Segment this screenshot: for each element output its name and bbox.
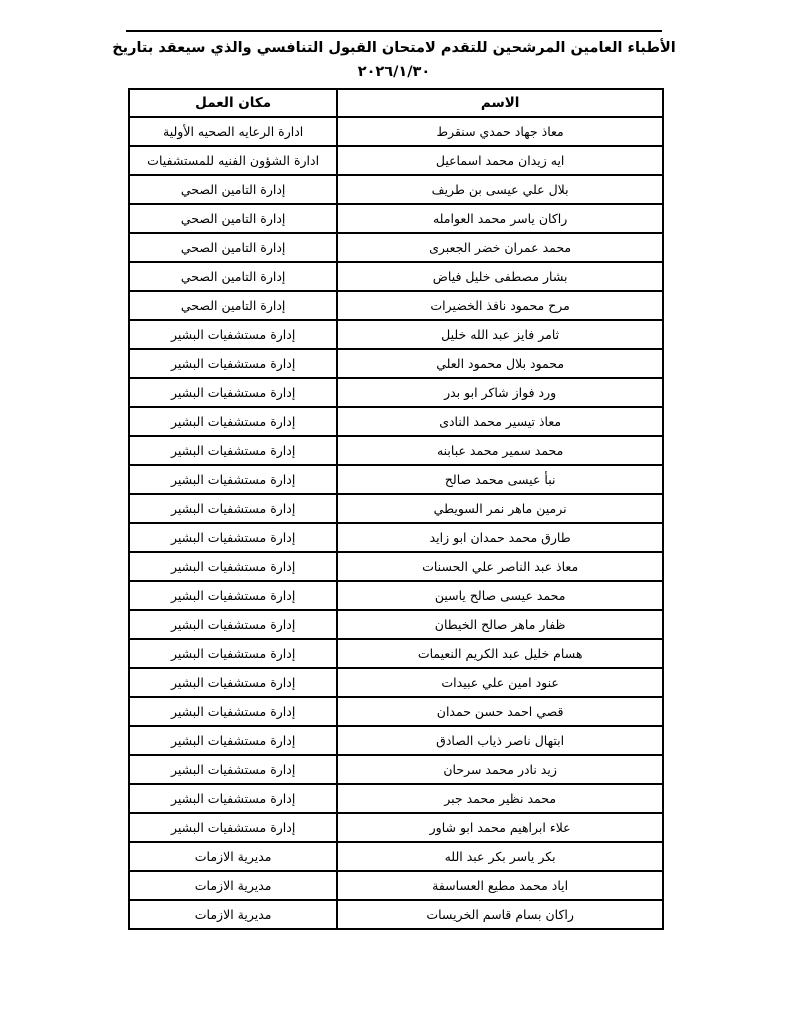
header-divider-rule: [126, 30, 662, 32]
title-date: ٢٠٢٦/١/٣٠: [358, 60, 431, 84]
table-row: معاذ جهاد حمدي سنقرط ادارة الرعايه الصحي…: [129, 117, 663, 146]
workplace-cell: إدارة مستشفيات البشير: [129, 581, 337, 610]
name-cell: ابتهال ناصر ذياب الصادق: [337, 726, 663, 755]
workplace-column-header: مكان العمل: [129, 89, 337, 117]
workplace-cell: إدارة مستشفيات البشير: [129, 639, 337, 668]
workplace-cell: إدارة التامين الصحي: [129, 175, 337, 204]
name-cell: محمد نظير محمد جبر: [337, 784, 663, 813]
name-cell: نرمين ماهر نمر السويطي: [337, 494, 663, 523]
workplace-cell: إدارة مستشفيات البشير: [129, 755, 337, 784]
workplace-cell: إدارة مستشفيات البشير: [129, 697, 337, 726]
table-row: بشار مصطفى خليل فياض إدارة التامين الصحي: [129, 262, 663, 291]
table-row: معاذ تيسير محمد النادى إدارة مستشفيات ال…: [129, 407, 663, 436]
name-cell: ايه زيدان محمد اسماعيل: [337, 146, 663, 175]
workplace-cell: إدارة مستشفيات البشير: [129, 436, 337, 465]
workplace-cell: إدارة مستشفيات البشير: [129, 726, 337, 755]
name-cell: اياد محمد مطيع العساسفة: [337, 871, 663, 900]
name-cell: محمود بلال محمود العلي: [337, 349, 663, 378]
table-row: اياد محمد مطيع العساسفة مديرية الازمات: [129, 871, 663, 900]
name-cell: محمد عيسى صالح ياسين: [337, 581, 663, 610]
table-body: معاذ جهاد حمدي سنقرط ادارة الرعايه الصحي…: [129, 117, 663, 929]
table-row: بلال علي عيسى بن طريف إدارة التامين الصح…: [129, 175, 663, 204]
name-cell: راكان بسام قاسم الخريسات: [337, 900, 663, 929]
name-cell: معاذ عبد الناصر علي الحسنات: [337, 552, 663, 581]
table-row: راكان ياسر محمد العوامله إدارة التامين ا…: [129, 204, 663, 233]
workplace-cell: إدارة التامين الصحي: [129, 233, 337, 262]
workplace-cell: إدارة مستشفيات البشير: [129, 610, 337, 639]
workplace-cell: إدارة مستشفيات البشير: [129, 552, 337, 581]
name-cell: محمد سمير محمد عبابنه: [337, 436, 663, 465]
name-column-header: الاسم: [337, 89, 663, 117]
name-cell: هسام خليل عبد الكريم النعيمات: [337, 639, 663, 668]
workplace-cell: إدارة مستشفيات البشير: [129, 320, 337, 349]
table-header: الاسم مكان العمل: [129, 89, 663, 117]
name-cell: علاء ابراهيم محمد ابو شاور: [337, 813, 663, 842]
workplace-cell: مديرية الازمات: [129, 871, 337, 900]
table-row: ظفار ماهر صالح الخيطان إدارة مستشفيات ال…: [129, 610, 663, 639]
name-cell: مرح محمود نافذ الخضيرات: [337, 291, 663, 320]
table-row: محمد نظير محمد جبر إدارة مستشفيات البشير: [129, 784, 663, 813]
table-row: معاذ عبد الناصر علي الحسنات إدارة مستشفي…: [129, 552, 663, 581]
name-cell: راكان ياسر محمد العوامله: [337, 204, 663, 233]
name-cell: ثامر فايز عبد الله خليل: [337, 320, 663, 349]
name-cell: ظفار ماهر صالح الخيطان: [337, 610, 663, 639]
name-cell: محمد عمران خضر الجعبرى: [337, 233, 663, 262]
workplace-cell: مديرية الازمات: [129, 900, 337, 929]
workplace-cell: ادارة الرعايه الصحيه الأولية: [129, 117, 337, 146]
name-cell: بشار مصطفى خليل فياض: [337, 262, 663, 291]
table-row: راكان بسام قاسم الخريسات مديرية الازمات: [129, 900, 663, 929]
table-row: بكر ياسر بكر عبد الله مديرية الازمات: [129, 842, 663, 871]
table-row: مرح محمود نافذ الخضيرات إدارة التامين ال…: [129, 291, 663, 320]
candidates-table: الاسم مكان العمل معاذ جهاد حمدي سنقرط اد…: [128, 88, 664, 930]
name-cell: معاذ جهاد حمدي سنقرط: [337, 117, 663, 146]
table-row: نبأ عيسى محمد صالح إدارة مستشفيات البشير: [129, 465, 663, 494]
name-cell: عنود امين علي عبيدات: [337, 668, 663, 697]
page-title: الأطباء العامين المرشحين للتقدم لامتحان …: [110, 36, 678, 84]
workplace-cell: إدارة التامين الصحي: [129, 262, 337, 291]
table-row: نرمين ماهر نمر السويطي إدارة مستشفيات ال…: [129, 494, 663, 523]
name-cell: ورد فواز شاكر ابو بدر: [337, 378, 663, 407]
table-row: ورد فواز شاكر ابو بدر إدارة مستشفيات الب…: [129, 378, 663, 407]
title-text: الأطباء العامين المرشحين للتقدم لامتحان …: [110, 36, 678, 60]
table-row: محمد عمران خضر الجعبرى إدارة التامين الص…: [129, 233, 663, 262]
table-row: محمود بلال محمود العلي إدارة مستشفيات ال…: [129, 349, 663, 378]
name-cell: زيد نادر محمد سرحان: [337, 755, 663, 784]
table-row: طارق محمد حمدان ابو زايد إدارة مستشفيات …: [129, 523, 663, 552]
table-row: زيد نادر محمد سرحان إدارة مستشفيات البشي…: [129, 755, 663, 784]
table-row: عنود امين علي عبيدات إدارة مستشفيات البش…: [129, 668, 663, 697]
table-row: ابتهال ناصر ذياب الصادق إدارة مستشفيات ا…: [129, 726, 663, 755]
workplace-cell: إدارة التامين الصحي: [129, 291, 337, 320]
document-page: الأطباء العامين المرشحين للتقدم لامتحان …: [0, 0, 791, 1024]
workplace-cell: إدارة مستشفيات البشير: [129, 494, 337, 523]
workplace-cell: ادارة الشؤون الفنيه للمستشفيات: [129, 146, 337, 175]
table-row: هسام خليل عبد الكريم النعيمات إدارة مستش…: [129, 639, 663, 668]
workplace-cell: إدارة مستشفيات البشير: [129, 784, 337, 813]
table-row: علاء ابراهيم محمد ابو شاور إدارة مستشفيا…: [129, 813, 663, 842]
workplace-cell: إدارة مستشفيات البشير: [129, 378, 337, 407]
table-row: محمد سمير محمد عبابنه إدارة مستشفيات الب…: [129, 436, 663, 465]
name-cell: بكر ياسر بكر عبد الله: [337, 842, 663, 871]
name-cell: قصي احمد حسن حمدان: [337, 697, 663, 726]
workplace-cell: إدارة مستشفيات البشير: [129, 349, 337, 378]
name-cell: بلال علي عيسى بن طريف: [337, 175, 663, 204]
table-row: ثامر فايز عبد الله خليل إدارة مستشفيات ا…: [129, 320, 663, 349]
header-row: الاسم مكان العمل: [129, 89, 663, 117]
workplace-cell: إدارة مستشفيات البشير: [129, 813, 337, 842]
name-cell: طارق محمد حمدان ابو زايد: [337, 523, 663, 552]
table-row: ايه زيدان محمد اسماعيل ادارة الشؤون الفن…: [129, 146, 663, 175]
workplace-cell: إدارة مستشفيات البشير: [129, 523, 337, 552]
table-row: محمد عيسى صالح ياسين إدارة مستشفيات البش…: [129, 581, 663, 610]
table-row: قصي احمد حسن حمدان إدارة مستشفيات البشير: [129, 697, 663, 726]
name-cell: معاذ تيسير محمد النادى: [337, 407, 663, 436]
workplace-cell: إدارة التامين الصحي: [129, 204, 337, 233]
workplace-cell: إدارة مستشفيات البشير: [129, 465, 337, 494]
workplace-cell: إدارة مستشفيات البشير: [129, 407, 337, 436]
workplace-cell: مديرية الازمات: [129, 842, 337, 871]
workplace-cell: إدارة مستشفيات البشير: [129, 668, 337, 697]
name-cell: نبأ عيسى محمد صالح: [337, 465, 663, 494]
